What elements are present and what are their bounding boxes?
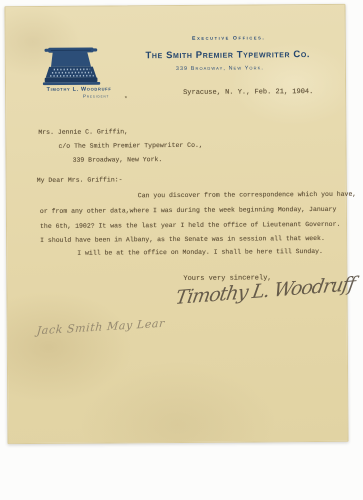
letter-page: Executive Offices. The Smith Premier Typ… bbox=[4, 4, 348, 444]
officer-name: Timothy L. Woodruff bbox=[32, 86, 126, 93]
officer-title: President bbox=[66, 93, 126, 98]
pencil-annotation: Jack Smith May Lear bbox=[36, 317, 165, 338]
page-mark: * bbox=[124, 95, 128, 102]
recipient-address: 339 Broadway, New York. bbox=[73, 156, 163, 164]
dateline: Syracuse, N. Y., Feb. 21, 1904. bbox=[183, 88, 313, 97]
body-line: Can you discover from the correspondence… bbox=[138, 191, 356, 200]
body-line: I will be at the office on Monday. I sha… bbox=[77, 248, 323, 257]
executive-offices-heading: Executive Offices. bbox=[154, 35, 304, 42]
company-address: 339 Broadway, New York. bbox=[130, 65, 310, 72]
recipient-careof: c/o The Smith Premier Typewriter Co., bbox=[58, 142, 202, 150]
body-line: I should have been in Albany, as the Sen… bbox=[40, 235, 325, 244]
company-name: The Smith Premier Typewriter Co. bbox=[110, 49, 346, 62]
body-line: or from any other data,where I was durin… bbox=[40, 206, 336, 215]
body-line: the 6th, 1902? It was the last year I he… bbox=[40, 221, 340, 230]
recipient-name: Mrs. Jennie C. Griffin, bbox=[38, 128, 128, 136]
scan-background: Executive Offices. The Smith Premier Typ… bbox=[0, 0, 363, 500]
typewriter-logo-icon bbox=[42, 47, 102, 87]
salutation: My Dear Mrs. Griffin:- bbox=[37, 176, 123, 184]
